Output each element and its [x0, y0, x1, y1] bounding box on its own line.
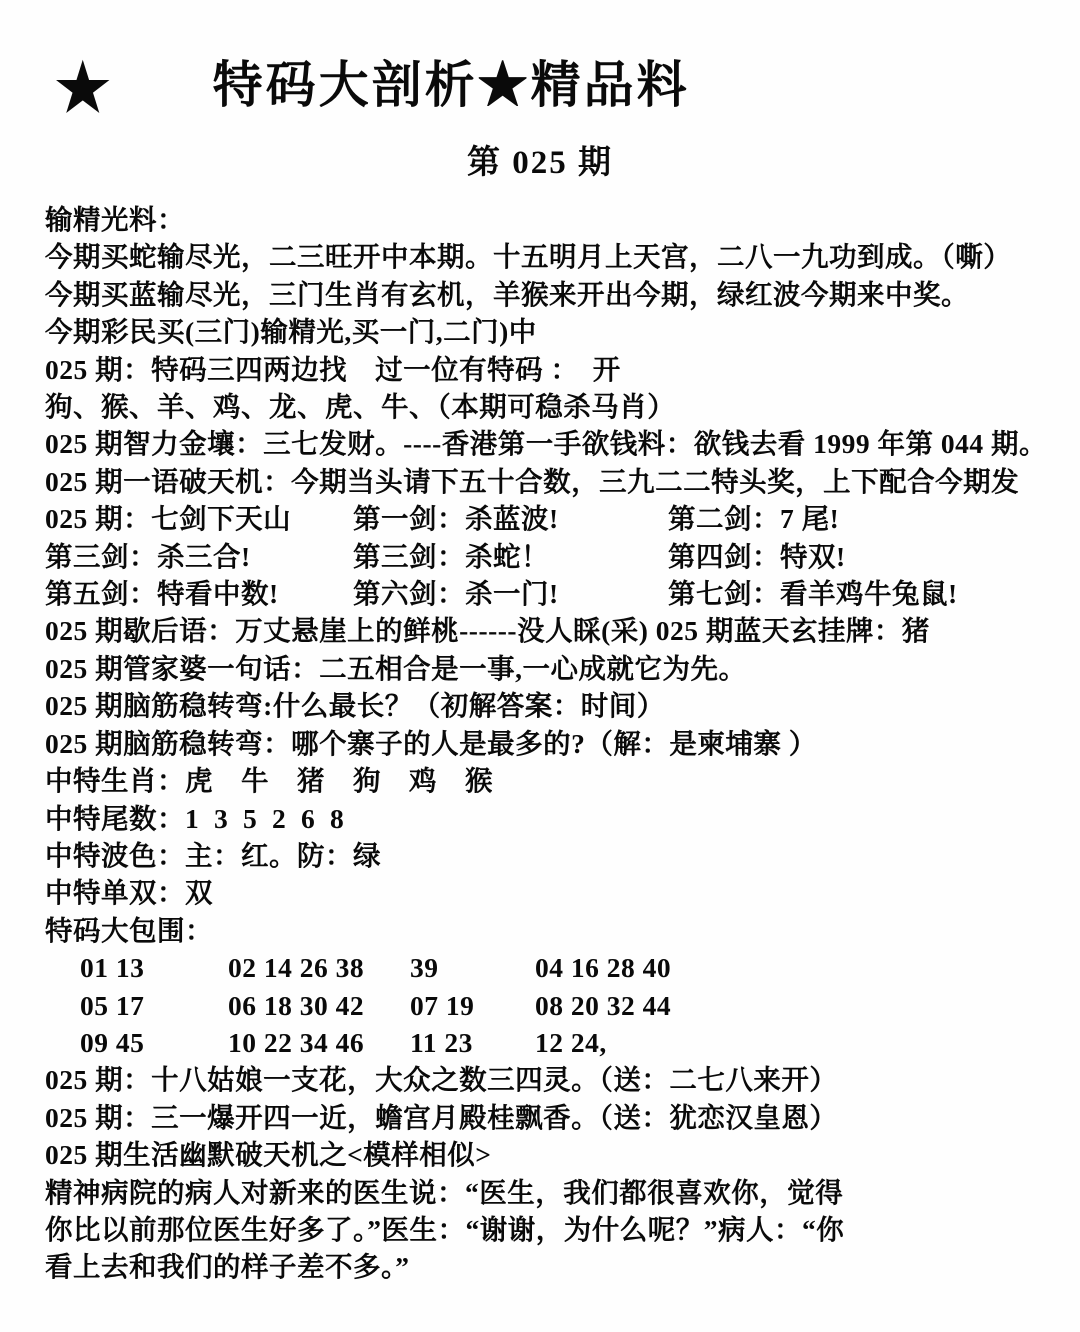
number-group: 04 16 28 40 — [535, 949, 1062, 986]
sword-cell: 025 期：七剑下天山 — [45, 500, 353, 537]
joke-line: 看上去和我们的样子差不多。” — [45, 1248, 1062, 1285]
text-line: 今期买蓝输尽光，三门生肖有玄机，羊猴来开出今期，绿红波今期来中奖。 — [45, 276, 1062, 313]
sheet-body: 输精光料： 今期买蛇输尽光，二三旺开中本期。十五明月上天宫，二八一九功到成。（嘶… — [0, 183, 1080, 1286]
star-icon: ★ — [55, 56, 111, 121]
header: ★ 特码大剖析★精品料 — [0, 0, 1080, 120]
sword-cell: 第六剑：杀一门! — [353, 575, 668, 612]
sword-cell: 第三剑：杀三合! — [45, 538, 353, 575]
number-group: 12 24, — [535, 1024, 1062, 1061]
number-group: 39 — [410, 949, 535, 986]
number-group: 07 19 — [410, 987, 535, 1024]
sword-cell: 第二剑：7 尾! — [668, 500, 1062, 537]
number-group: 02 14 26 38 — [228, 949, 410, 986]
scanned-sheet: ★ 特码大剖析★精品料 第 025 期 输精光料： 今期买蛇输尽光，二三旺开中本… — [0, 0, 1080, 1332]
text-line: 025 期一语破天机：今期当头请下五十合数，三九二二特头奖，上下配合今期发 — [45, 463, 1062, 500]
sword-row: 025 期：七剑下天山 第一剑：杀蓝波! 第二剑：7 尾! — [45, 500, 1062, 537]
text-line: 025 期：十八姑娘一支花，大众之数三四灵。（送：二七八来开） — [45, 1061, 1062, 1098]
joke-line: 精神病院的病人对新来的医生说：“医生，我们都很喜欢你，觉得 — [45, 1174, 1062, 1211]
page-title: 特码大剖析★精品料 — [213, 58, 690, 113]
number-group: 06 18 30 42 — [228, 987, 410, 1024]
sword-cell: 第七剑：看羊鸡牛兔鼠! — [668, 575, 1062, 612]
zodiac-line: 中特生肖：虎 牛 猪 狗 鸡 猴 — [45, 762, 1062, 799]
sword-cell: 第四剑：特双! — [668, 538, 1062, 575]
number-group: 11 23 — [410, 1024, 535, 1061]
text-line: 025 期：特码三四两边找 过一位有特码 ： 开 — [45, 351, 1062, 388]
number-group: 05 17 — [80, 987, 228, 1024]
sword-row: 第三剑：杀三合! 第三剑：杀蛇！ 第四剑：特双! — [45, 538, 1062, 575]
text-line: 025 期脑筋稳转弯:什么最长？（初解答案：时间） — [45, 687, 1062, 724]
sword-cell: 第三剑：杀蛇！ — [353, 538, 668, 575]
text-line: 今期买蛇输尽光，二三旺开中本期。十五明月上天宫，二八一九功到成。（嘶） — [45, 238, 1062, 275]
sword-cell: 第五剑：特看中数! — [45, 575, 353, 612]
text-line: 025 期智力金壤：三七发财。----香港第一手欲钱料：欲钱去看 1999 年第… — [45, 425, 1062, 462]
number-group: 01 13 — [80, 949, 228, 986]
text-line: 今期彩民买(三门)输精光,买一门,二门)中 — [45, 313, 1062, 350]
number-group: 09 45 — [80, 1024, 228, 1061]
text-line: 025 期：三一爆开四一近，蟾宫月殿桂飘香。（送：犹恋汉皇恩） — [45, 1099, 1062, 1136]
issue-number: 第 025 期 — [0, 136, 1080, 183]
big-cover-label: 特码大包围： — [45, 912, 1062, 949]
humor-title-line: 025 期生活幽默破天机之<模样相似> — [45, 1136, 1062, 1173]
sword-cell: 第一剑：杀蓝波! — [353, 500, 668, 537]
text-line: 狗、猴、羊、鸡、龙、虎、牛、（本期可稳杀马肖） — [45, 388, 1062, 425]
wave-color-line: 中特波色：主：红。防：绿 — [45, 837, 1062, 874]
sword-row: 第五剑：特看中数! 第六剑：杀一门! 第七剑：看羊鸡牛兔鼠! — [45, 575, 1062, 612]
numbers-row: 09 45 10 22 34 46 11 23 12 24, — [80, 1024, 1062, 1061]
odd-even-line: 中特单双：双 — [45, 874, 1062, 911]
tail-numbers-line: 中特尾数：1 3 5 2 6 8 — [45, 800, 1062, 837]
text-line: 025 期脑筋稳转弯：哪个寨子的人是最多的?（解：是柬埔寨 ） — [45, 725, 1062, 762]
text-line: 025 期管家婆一句话：二五相合是一事,一心成就它为先。 — [45, 650, 1062, 687]
joke-line: 你比以前那位医生好多了。”医生：“谢谢，为什么呢？”病人：“你 — [45, 1211, 1062, 1248]
numbers-row: 01 13 02 14 26 38 39 04 16 28 40 — [80, 949, 1062, 986]
text-line: 025 期歇后语：万丈悬崖上的鲜桃------没人睬(采) 025 期蓝天玄挂牌… — [45, 612, 1062, 649]
number-group: 10 22 34 46 — [228, 1024, 410, 1061]
section-label: 输精光料： — [45, 201, 1062, 238]
numbers-row: 05 17 06 18 30 42 07 19 08 20 32 44 — [80, 987, 1062, 1024]
number-group: 08 20 32 44 — [535, 987, 1062, 1024]
